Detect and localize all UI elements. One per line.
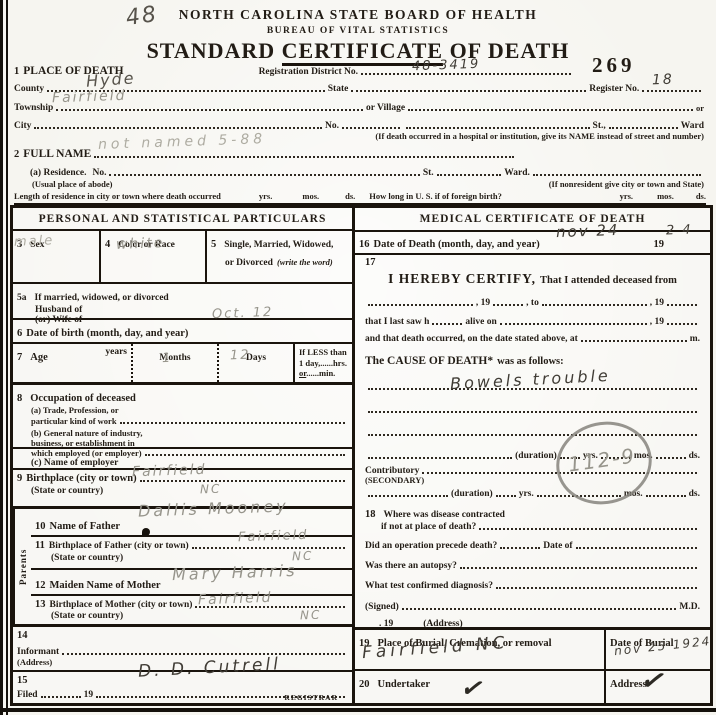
address-paren-label: (Address) [423,619,462,627]
dob-label: Date of birth (month, day, and year) [26,328,188,339]
age-years-label: years [105,347,127,379]
dotted-leader [408,107,693,111]
lastsaw-19: , 19 [650,317,664,327]
dotted-leader [432,321,462,325]
abode-note: (Usual place of abode) [32,179,113,189]
yrs-label: yrs. [259,191,272,201]
handwritten-race: white [116,235,165,253]
street-label: St., [593,121,606,131]
marital-note: (write the word) [277,257,333,267]
dod-number: 16 [359,239,370,250]
m5a-number: 5a [17,293,27,303]
item2-number: 2 [14,149,19,160]
certificate-number: 269 [592,53,636,78]
dotted-leader [351,88,586,92]
dotted-leader [460,565,697,569]
field-marital: 5 Single, Married, Widowed, or Divorced … [207,231,352,281]
duration-label: (duration) [515,451,557,461]
dotted-leader [542,302,647,306]
field-occupation: 8 Occupation of deceased (a) Trade, Prof… [13,385,352,449]
m5a-label: If married, widowed, or divorced [35,293,169,303]
marital-number: 5 [211,239,216,250]
handwritten-age-days: 12 [230,348,251,364]
medical-certify-block: 17 I HEREBY CERTIFY, That I attended dec… [355,255,710,627]
duration2-yrs: yrs. [519,489,534,499]
informant-label: Informant [17,647,59,657]
dotted-leader [493,302,523,306]
bottom-border [0,708,716,712]
residence-no-label: No. [92,168,106,178]
m5a-husband: Husband of [17,305,348,315]
item17-number: 17 [365,257,696,268]
mos-label: mos. [302,191,319,201]
duration-ds: ds. [689,451,700,461]
residence-label: (a) Residence. [30,168,86,178]
lastsaw-pre: that I last saw h [365,317,429,327]
dotted-leader [109,172,419,176]
personal-column: PERSONAL AND STATISTICAL PARTICULARS 3 S… [13,208,355,703]
dotted-leader [667,321,697,325]
undertaker-label: Undertaker [378,679,431,690]
item1-number: 1 [14,66,19,77]
secondary-label: (SECONDARY) [365,475,700,485]
dotted-leader [646,493,686,497]
registration-district-label: Registration District No. [259,67,358,77]
dotted-leader [192,545,345,549]
duration2-label: (duration) [451,489,493,499]
mother-bp-number: 13 [35,599,46,610]
age-less-2: 1 day, [299,358,320,368]
handwritten-age-months: 1 [162,351,173,366]
hospital-note: (If death occurred in a hospital or inst… [300,131,704,141]
dotted-leader [368,455,512,459]
dotted-leader [656,455,686,459]
dotted-leader [34,125,322,129]
dotted-leader [120,420,345,424]
age-number: 7 [17,352,22,363]
autopsy-label: Was there an autopsy? [365,561,457,571]
age-min-label: min. [319,368,335,378]
certify-rest: That I attended deceased from [540,275,677,286]
handwritten-father-birthplace: Fairfield [238,528,309,545]
county-label: County [14,84,44,94]
dotted-leader [368,493,448,497]
dotted-leader [576,545,697,549]
duration2-ds: ds. [689,489,700,499]
yrs-label: yrs. [620,191,633,201]
dotted-leader [56,107,363,111]
ward-label: Ward [681,121,704,131]
filed-label: Filed [17,690,38,700]
full-name-label: FULL NAME [23,148,91,160]
father-number: 10 [35,521,46,532]
handwritten-registration-district: 48-3419 [412,57,481,74]
occ-a1: (a) Trade, Profession, or [17,406,348,416]
city-label: City [14,121,31,131]
handwritten-dob: Oct. 12 [212,305,274,322]
death-occurred-label: and that death occurred, on the date sta… [365,334,578,344]
race-number: 4 [105,239,110,250]
ds-label: ds. [345,191,355,201]
dotted-leader [642,88,701,92]
handwritten-page-mark: 48 [124,2,159,31]
occ-b2: business, or establishment in [17,439,348,449]
how-long-us-label: How long in U. S. if of foreign birth? [369,191,502,201]
ink-blot-icon [142,528,150,536]
cause-rest: was as follows: [497,356,564,367]
occupation-label: Occupation of deceased [30,393,136,404]
dotted-leader [406,125,590,129]
dotted-leader [402,606,677,610]
dotted-leader [368,409,697,413]
nonresident-note: (If nonresident give city or town and St… [430,179,704,189]
dotted-leader [41,694,81,698]
mother-bp-label: Birthplace of Mother (city or town) [50,600,193,610]
medical-column: MEDICAL CERTIFICATE OF DEATH 16 Date of … [355,208,710,703]
marital-label: Single, Married, Widowed, [224,240,333,250]
field-age: 7 Age years [13,344,131,382]
dotted-leader [496,493,516,497]
father-bp-label: Birthplace of Father (city or town) [49,541,189,551]
age-hrs-label: hrs. [333,358,347,368]
state-label: State [328,84,349,94]
personal-section-title: PERSONAL AND STATISTICAL PARTICULARS [13,208,352,231]
mother-label: Maiden Name of Mother [50,580,161,591]
m-suffix: m. [690,334,700,344]
cause-of-death-label: The CAUSE OF DEATH* [365,355,493,367]
handwritten-township: Fairfield [52,88,127,107]
field-5a: 5a If married, widowed, or divorced Husb… [13,284,352,320]
ds-label: ds. [696,191,706,201]
field-date-of-birth: 6 Date of birth (month, day, and year) [13,320,352,344]
dotted-leader [581,338,687,342]
residence-ward-label: Ward. [504,168,530,178]
marital-label-2: or Divorced [225,258,273,268]
street-no-label: No. [325,121,339,131]
dod-label: Date of Death (month, day, and year) [374,239,540,250]
handwritten-death-year: 2 4 [666,223,693,239]
occ-c-label: (c) Name of employer [17,458,118,468]
lastsaw-mid: alive on [465,317,496,327]
certificate-title-pre: STANDARD [147,38,282,63]
certify-bold: I HEREBY CERTIFY, [388,271,536,286]
father-bp-number: 11 [35,540,45,551]
parents-vertical-label: Parents [13,509,31,624]
md-label: M.D. [679,602,700,612]
operation-label: Did an operation precede death? [365,541,497,551]
dotted-leader [437,172,502,176]
bureau-subtitle: BUREAU OF VITAL STATISTICS [0,26,716,36]
dotted-leader [667,302,697,306]
certify-19b: , 19 [650,298,664,308]
dotted-leader [500,321,647,325]
dotted-leader [368,302,473,306]
handwritten-register-no: 18 [652,72,674,89]
left-border-inner [6,0,8,715]
certify-19a: , 19 [476,298,490,308]
certify-to: , to [526,298,539,308]
signed-label: (Signed) [365,602,399,612]
left-border-outer [0,0,3,715]
handwritten-mother-birthplace: Fairfield [198,590,273,609]
dotted-leader [496,585,697,589]
mother-number: 12 [35,580,46,591]
dotted-leader [533,172,701,176]
handwritten-birthplace: Fairfield [132,462,207,481]
father-label: Name of Father [50,521,121,532]
informant-number: 14 [17,630,344,641]
dotted-leader [609,125,678,129]
birthplace-label: Birthplace (city or town) [26,473,136,484]
registrar-label: REGISTRAR [284,693,338,702]
age-label: Age [30,352,48,363]
filed-19-label: 19 [84,690,94,700]
township-label: Township [14,103,53,113]
dotted-leader [62,651,345,655]
mos-label: mos. [657,191,674,201]
address-19-label: . 19 [379,619,393,627]
birthplace-state-label: (State or country) [17,486,348,496]
contracted-line1: Where was disease contracted [384,510,505,520]
or-village-label: or Village [366,103,405,113]
dotted-leader [342,125,400,129]
occ-number: 8 [17,393,22,404]
field-date-of-death: 16 Date of Death (month, day, and year) … [355,232,710,255]
contracted-line2: if not at place of death? [381,522,476,532]
handwritten-sex: male [14,233,55,249]
dotted-leader [94,154,514,158]
undertaker-number: 20 [359,679,370,690]
board-title: NORTH CAROLINA STATE BOARD OF HEALTH [0,7,716,23]
field-age-months: Months [131,344,217,382]
test-label: What test confirmed diagnosis? [365,581,493,591]
age-or-label: or [299,368,306,378]
dotted-leader [500,545,540,549]
field-age-less: If LESS than 1 day,......hrs. or......mi… [293,344,352,382]
dod-19-label: 19 [654,239,665,250]
register-no-label: Register No. [589,84,639,94]
item18-number: 18 [365,509,376,520]
dotted-leader [479,526,697,530]
handwritten-mother-bp-state: NC [300,608,322,623]
medical-section-title: MEDICAL CERTIFICATE OF DEATH [355,208,710,232]
date-of-label: Date of [543,541,572,551]
or-suffix: or [696,103,704,113]
dob-number: 6 [17,328,22,339]
handwritten-date-of-death: nov 24 [556,221,620,241]
bp-number: 9 [17,473,22,484]
age-less-1: If LESS than [299,347,348,358]
handwritten-birthplace-state: NC [200,482,222,497]
residence-st-label: St. [423,168,434,178]
length-of-residence-label: Length of residence in city or town wher… [14,191,221,201]
occ-a2: particular kind of work [31,416,117,426]
field-age-days: Days [217,344,293,382]
dotted-leader [368,432,697,436]
